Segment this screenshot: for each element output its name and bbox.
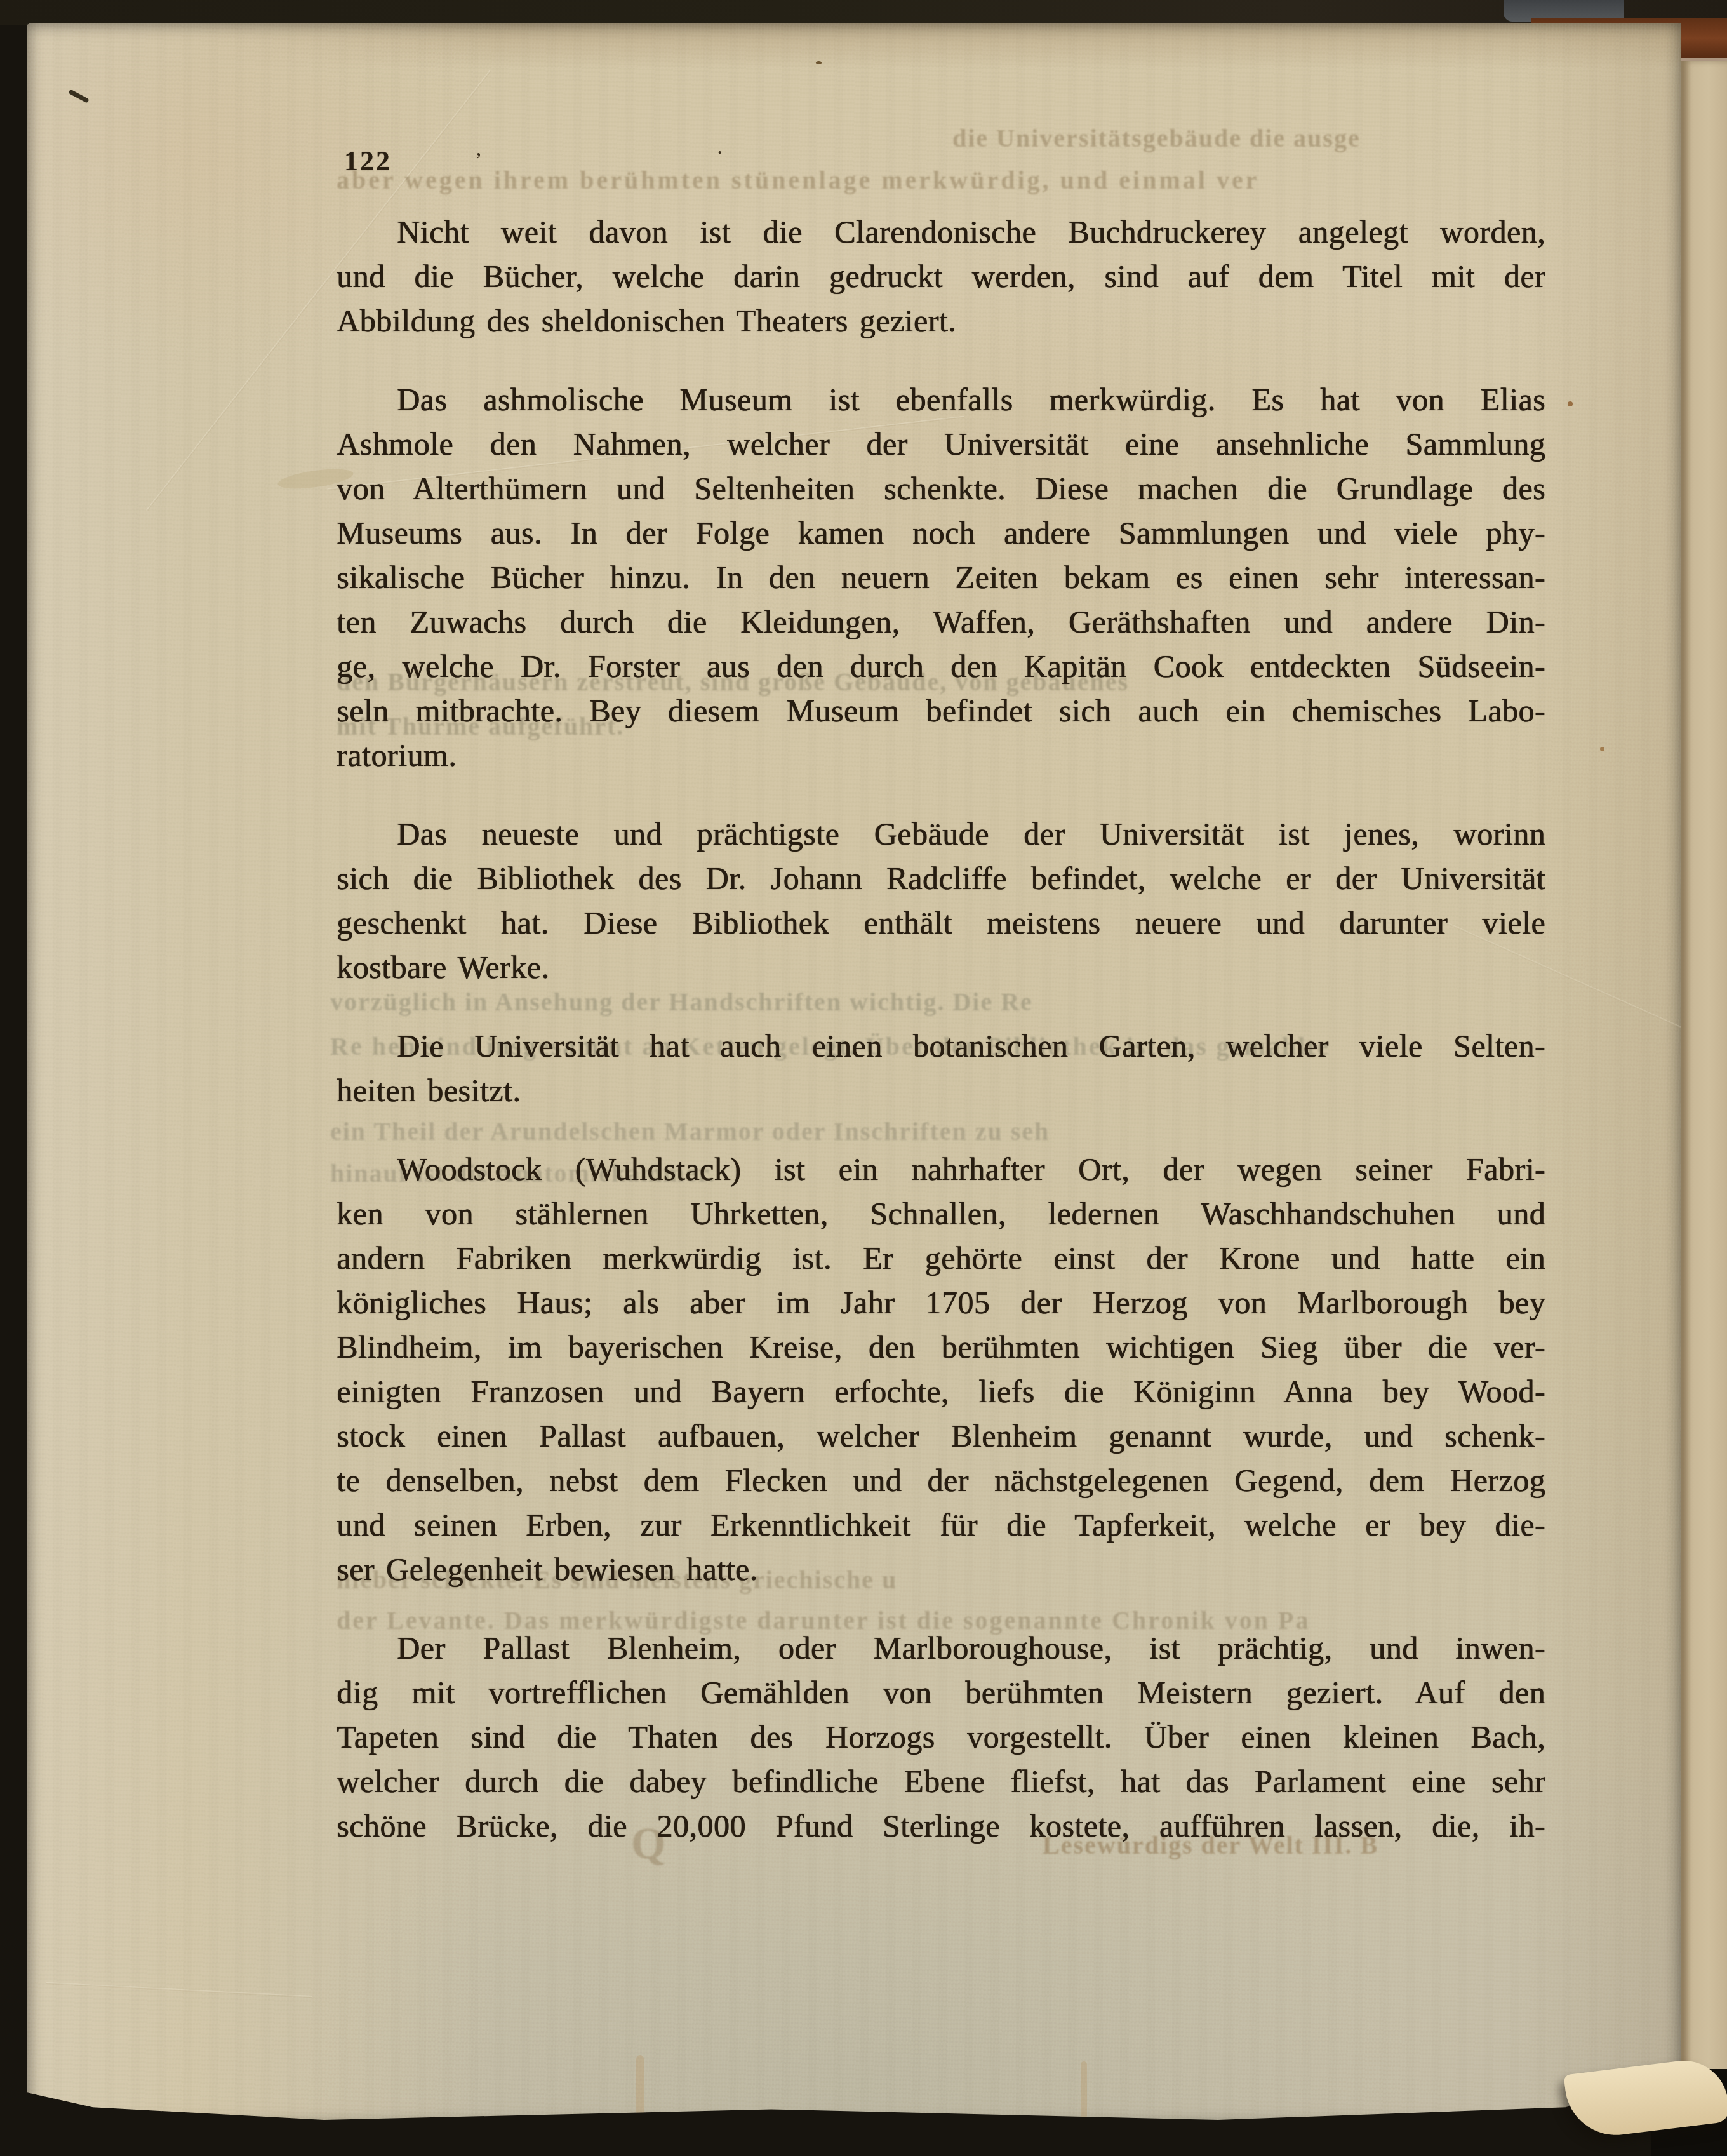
- paragraph: Der Pallast Blenheim, oder Marlboroughou…: [337, 1626, 1545, 1848]
- book-top-edge: [0, 0, 1727, 25]
- text-line: Die Universität hat auch einen botanisch…: [337, 1024, 1545, 1068]
- paragraph: Das ashmolische Museum ist ebenfalls mer…: [337, 377, 1545, 777]
- text-line: Das neueste und prächtigste Gebäude der …: [337, 812, 1545, 856]
- ink-fleck: [68, 89, 89, 103]
- text-line: und die Bücher, welche darin gedruckt we…: [337, 254, 1545, 298]
- text-line: und seinen Erben, zur Erkenntlichkeit fü…: [337, 1503, 1545, 1547]
- text-line: ken von stählernen Uhrketten, Schnallen,…: [337, 1191, 1545, 1236]
- text-line: kostbare Werke.: [337, 945, 1545, 989]
- text-line: Das ashmolische Museum ist ebenfalls mer…: [337, 377, 1545, 422]
- adjacent-page-edge: [1681, 61, 1727, 2101]
- stray-ink-mark: ’: [475, 149, 482, 173]
- text-block: Nicht weit davon ist die Clarendonische …: [337, 210, 1545, 1882]
- stain-streak: [636, 2055, 644, 2119]
- text-line: Der Pallast Blenheim, oder Marlboroughou…: [337, 1626, 1545, 1670]
- text-line: welcher durch die dabey befindliche Eben…: [337, 1759, 1545, 1804]
- text-line: seln mitbrachte. Bey diesem Museum befin…: [337, 688, 1545, 733]
- paper-speck: [816, 61, 822, 64]
- text-line: Nicht weit davon ist die Clarendonische …: [337, 210, 1545, 254]
- text-line: Woodstock (Wuhdstack) ist ein nahrhafter…: [337, 1147, 1545, 1191]
- text-line: dig mit vortrefflichen Gemählden von ber…: [337, 1670, 1545, 1715]
- text-line: ge, welche Dr. Forster aus den durch den…: [337, 644, 1545, 688]
- paragraph: Das neueste und prächtigste Gebäude der …: [337, 812, 1545, 989]
- rust-spot: [1600, 747, 1604, 751]
- paragraph: Die Universität hat auch einen botanisch…: [337, 1024, 1545, 1113]
- text-line: heiten besitzt.: [337, 1068, 1545, 1113]
- text-line: Abbildung des sheldonischen Theaters gez…: [337, 298, 1545, 343]
- page-number: 122: [344, 145, 392, 177]
- rust-spot: [1568, 401, 1573, 406]
- text-line: Museums aus. In der Folge kamen noch and…: [337, 511, 1545, 555]
- paragraph: Nicht weit davon ist die Clarendonische …: [337, 210, 1545, 343]
- text-line: ten Zuwachs durch die Kleidungen, Waffen…: [337, 599, 1545, 644]
- stray-ink-mark: ·: [716, 141, 723, 165]
- text-line: ratorium.: [337, 733, 1545, 777]
- bleedthrough-text: die Universitätsgebäude die ausge: [952, 123, 1361, 153]
- paper-crease: [46, 1982, 312, 1998]
- text-line: einigten Franzosen und Bayern erfochte, …: [337, 1369, 1545, 1414]
- book-page: die Universitätsgebäude die ausgeaber we…: [27, 23, 1681, 2126]
- text-line: königliches Haus; als aber im Jahr 1705 …: [337, 1280, 1545, 1325]
- paragraph: Woodstock (Wuhdstack) ist ein nahrhafter…: [337, 1147, 1545, 1591]
- stain-streak: [1081, 2061, 1087, 2119]
- text-line: geschenkt hat. Diese Bibliothek enthält …: [337, 901, 1545, 945]
- text-line: von Alterthümern und Seltenheiten schenk…: [337, 466, 1545, 511]
- text-line: Ashmole den Nahmen, welcher der Universi…: [337, 422, 1545, 466]
- text-line: andern Fabriken merkwürdig ist. Er gehör…: [337, 1236, 1545, 1280]
- text-line: Blindheim, im bayerischen Kreise, den be…: [337, 1325, 1545, 1369]
- text-line: Tapeten sind die Thaten des Horzogs vorg…: [337, 1715, 1545, 1759]
- text-line: sikalische Bücher hinzu. In den neuern Z…: [337, 555, 1545, 599]
- text-line: sich die Bibliothek des Dr. Johann Radcl…: [337, 856, 1545, 901]
- text-line: te denselben, nebst dem Flecken und der …: [337, 1458, 1545, 1503]
- text-line: stock einen Pallast aufbauen, welcher Bl…: [337, 1414, 1545, 1458]
- text-line: ser Gelegenheit bewiesen hatte.: [337, 1547, 1545, 1591]
- text-line: schöne Brücke, die 20,000 Pfund Sterling…: [337, 1804, 1545, 1848]
- book-photo: die Universitätsgebäude die ausgeaber we…: [0, 0, 1727, 2156]
